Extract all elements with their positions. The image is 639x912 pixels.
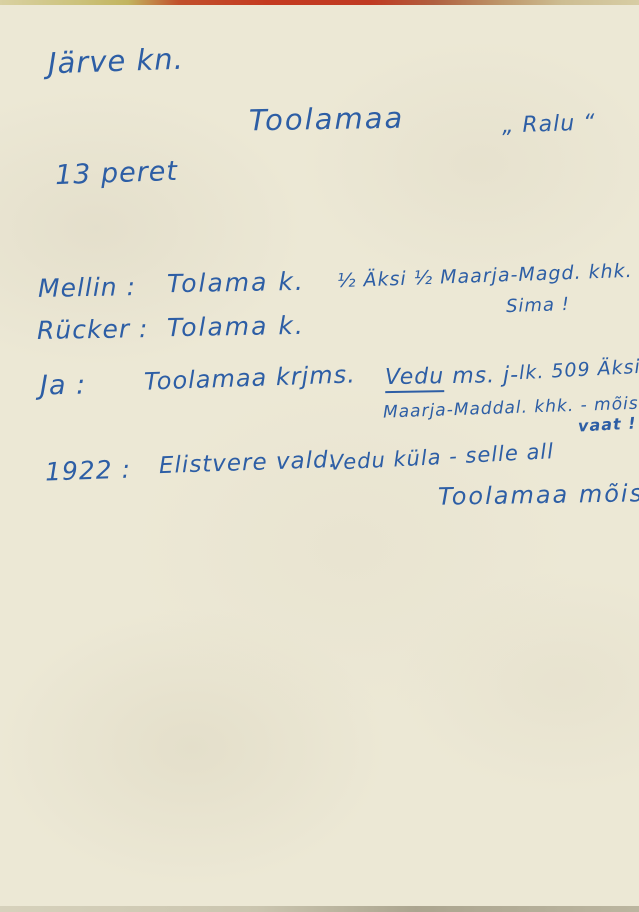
entry-ja-value: Toolamaa krjms. xyxy=(144,361,357,395)
region-heading: Järve kn. xyxy=(47,44,184,81)
card-edge-shadow-bottom xyxy=(0,906,639,912)
entry-ja-note2: vaat ! xyxy=(578,414,637,435)
entry-mellin-note: ½ Äksi ½ Maarja-Magd. khk. xyxy=(337,261,633,292)
entry-ja-reference-rest: ms. j- xyxy=(444,363,519,389)
entry-mellin-label: Mellin : xyxy=(38,273,136,302)
entry-ja-reference: Vedu ms. j- xyxy=(385,364,520,391)
entry-1922-note: Vedu küla - selle all xyxy=(329,440,555,475)
entry-ja-reference-underlined: Vedu xyxy=(385,364,445,393)
entry-1922-note2: Toolamaa mõis xyxy=(438,480,639,510)
archive-card: Järve kn. Toolamaa „ Ralu “ 13 peret Mel… xyxy=(0,0,639,912)
entry-mellin-value: Tolama k. xyxy=(167,268,305,298)
households-note: 13 peret xyxy=(55,157,179,191)
entry-ja-label: Ja : xyxy=(40,371,87,401)
entry-ja-page-ref: lk. 509 Äksi xyxy=(519,357,639,384)
card-edge-strip-top xyxy=(0,0,639,5)
place-name-variant: „ Ralu “ xyxy=(502,111,596,138)
entry-1922-value: Elistvere vald. xyxy=(159,448,338,479)
entry-rucker-label: Rücker : xyxy=(37,315,149,344)
entry-mellin-note2: Sima ! xyxy=(506,295,571,317)
entry-1922-label: 1922 : xyxy=(45,456,132,486)
place-name-title: Toolamaa xyxy=(249,103,405,138)
entry-rucker-value: Tolama k. xyxy=(167,312,305,342)
